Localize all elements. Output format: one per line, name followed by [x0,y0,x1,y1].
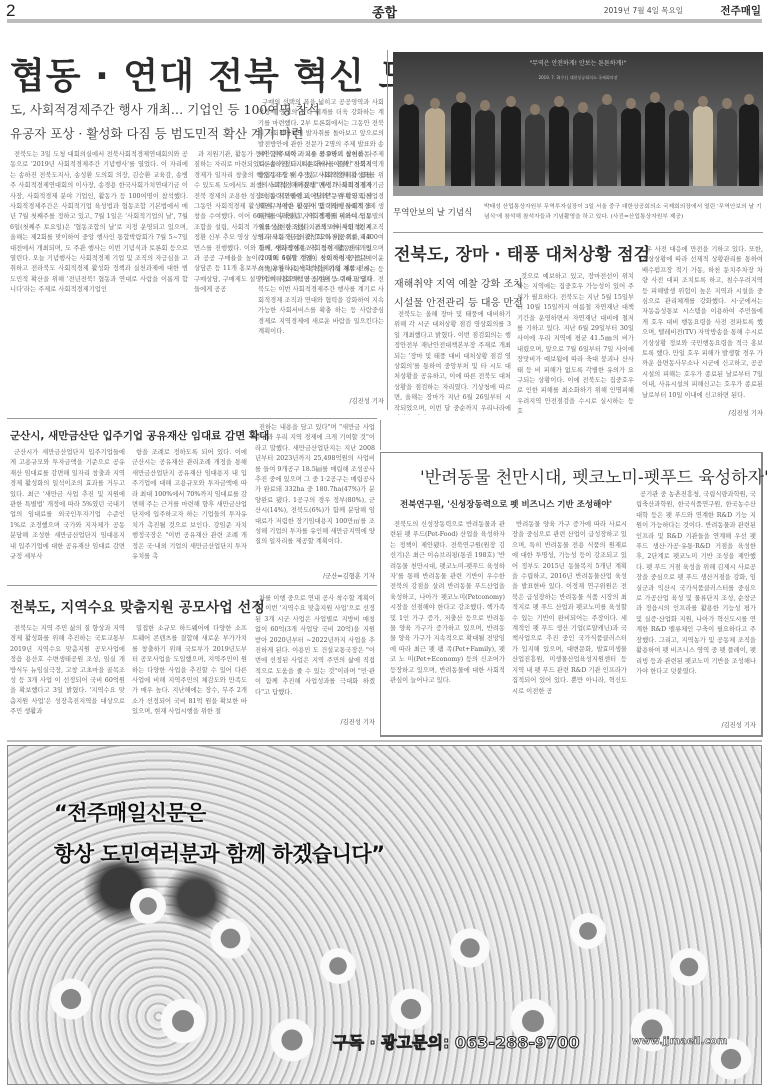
person-figure [739,104,759,186]
gunsan-headline: 군산시, 새만금산단 입주기업 공유재산 임대료 감면 확대 [10,428,269,443]
main-article-column-1: 전북도는 3일 도청 대회의실에서 전북사회적경제연대회의와 공동으로 '201… [10,150,188,408]
pet-byline: /김진성 기자 [700,720,756,729]
person-figure [693,106,713,186]
sunflower-image [388,986,434,1032]
pet-column-2: 반려동물 양육 가구 증가에 따라 사료시장을 중심으로 관련 산업이 급성장하… [512,520,627,730]
person-figure [399,104,419,186]
page-header: 2 종합 2019년 7월 4일 목요일 전주매일 [0,0,769,24]
weather-subhead-1: 재해취약 지역 예찰 강화 조치 [394,275,523,290]
main-article-column-3: 구매의 선택의 폭을 넓히고 공공영역과 사회적경제 영역의 협력 체계를 더욱… [258,98,384,398]
photo-banner-slogan: "무역은 안전하게! 안보는 튼튼하게!" [393,58,763,67]
sunflower-image [128,886,168,926]
weather-column-2: 것으로 예보하고 있고, 장마전선이 위치하는 지역에는 집중호우 가능성이 있… [517,272,634,417]
pet-headline: '반려동물 천만시대, 펫코노미-펫푸드 육성하자' [420,463,769,488]
sunflower-image [668,946,710,988]
ad-contact-phone: 구독 · 광고문의: 063-288-9700 [333,1030,580,1053]
section-divider [7,585,377,586]
person-figure [717,108,737,186]
section-divider [393,232,763,233]
person-figure [597,104,617,186]
pet-subhead: 전북연구원, '신성장동력으로 펫 비즈니스 기반 조성해야' [400,498,612,510]
ad-quote-line-2: 항상 도민여러분과 함께 하겠습니다” [54,838,385,868]
pet-column-3: 공기관 중 농촌진흥청, 국립식량과학원, 국립축산과학원, 한국식품연구원, … [636,490,756,722]
gunsan-column-3: 진하는 내용을 담고 있다"며 "새만금 사업 추진과 우리 지역 경제에 크게… [255,423,375,573]
sunflower-image [568,911,608,951]
person-figure [621,108,641,186]
demand-column-2: 밀접한 소규모 하드웨어에 다양한 소프트웨어 콘텐츠를 결합해 새로운 부가가… [132,624,247,724]
gunsan-column-2: 항을 조례로 정하도록 되어 있다. 이에 군산시는 공유재산 관리조례 개정을… [132,448,247,578]
sunflower-image [208,916,253,961]
photo-banner-date: 2019. 7. 3(수) | 대한상공회의소 국제회의장 [393,75,763,81]
column-divider [380,420,381,450]
header-rule [7,19,762,23]
ad-quote-line-1: “전주매일신문은 [54,797,206,827]
column-divider [387,50,388,410]
weather-headline: 전북도, 장마 · 태풍 대처상황 점검 [394,240,650,265]
sunflower-image [318,946,358,986]
person-figure [549,106,569,186]
main-article-byline: /김진성 기자 [300,396,384,405]
issue-date: 2019년 7월 4일 목요일 [604,5,683,16]
weather-column-1: 전북도는 올해 장마 및 태풍에 대비하기 위해 각 시군 대처상황 점검 영상… [394,310,511,415]
pet-column-1: 전북도의 신성장동력으로 반려동물과 관련된 펫 푸드(Pet-Food) 산업… [390,520,505,730]
event-photo: "무역은 안전하게! 안보는 튼튼하게!" 2019. 7. 3(수) | 대한… [393,52,763,196]
person-figure [475,110,495,186]
gunsan-byline: /군산=김형훈 기자 [300,571,375,580]
person-figure [525,114,545,186]
weather-byline: /김진성 기자 [700,408,763,417]
sunflower-image [48,976,94,1022]
gunsan-column-1: 군산시가 새만금산업단지 입주기업들에게 고용규모와 투자금액을 기준으로 공유… [10,448,125,578]
main-headline: 협동 · 연대 전북 혁신 도모 [10,48,450,99]
sunflower-image [158,996,208,1046]
weather-column-3: 우 사전 대응에 만전을 기하고 있다. 또한, 기상상황에 따라 선제적 상황… [642,245,763,405]
sunflower-image [448,926,492,970]
demand-column-3: 차를 이행 중으로 연내 공사 착수할 계획이다. 이번 '지역수요 맞춤지원 … [255,594,375,720]
section-divider [7,740,762,742]
person-figure [573,112,593,186]
demand-byline: /김진성 기자 [310,717,375,726]
ad-website-link[interactable]: www.jjmaeil.com [632,1036,728,1047]
person-figure [425,108,445,186]
newspaper-brand: 전주매일 [720,3,761,18]
demand-column-1: 전북도는 지역 주민 삶의 질 향상과 지역경제 활성화를 위해 추진하는 국토… [10,624,125,724]
weather-subhead-2: 시설물 안전관리 등 대응 만전 [394,294,523,309]
sunflower-image [268,1016,316,1064]
person-figure [451,102,471,186]
photo-caption-text: 박태성 산업통상자원부 무역투자실장이 3일 서울 중구 대한상공회의소 국제회… [484,203,764,222]
person-figure [501,106,521,186]
demand-headline: 전북도, 지역수요 맞춤지원 공모사업 선정 [10,597,265,617]
person-figure [669,110,689,186]
person-figure [645,102,665,186]
section-divider [7,418,377,419]
photo-caption-title: 무역안보의 날 기념식 [393,206,472,218]
